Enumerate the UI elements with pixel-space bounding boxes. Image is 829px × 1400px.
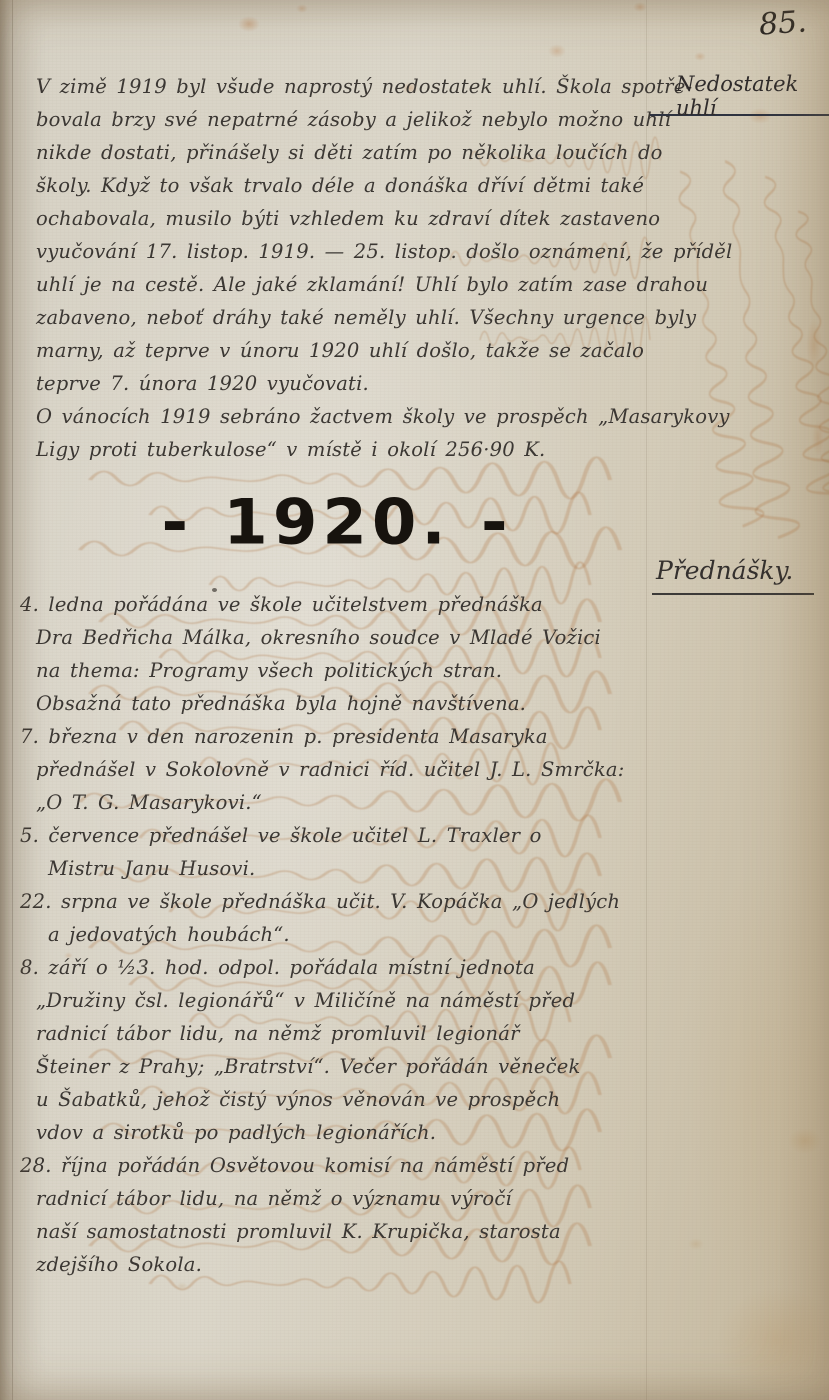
text-line: „O T. G. Masarykovi.“ — [36, 786, 658, 819]
text-line: O vánocích 1919 sebráno žactvem školy ve… — [36, 400, 658, 433]
text-line: uhlí je na cestě. Ale jaké zklamání! Uhl… — [36, 268, 658, 301]
text-line: 22. srpna ve škole přednáška učit. V. Ko… — [20, 885, 658, 918]
text-line: marny, až teprve v únoru 1920 uhlí došlo… — [36, 334, 658, 367]
text-line: přednášel v Sokolovně v radnici říd. uči… — [36, 753, 658, 786]
text-line: školy. Když to však trvalo déle a donášk… — [36, 169, 658, 202]
stain — [296, 4, 308, 13]
text-line: nikde dostati, přinášely si děti zatím p… — [36, 136, 658, 169]
stain — [548, 44, 566, 58]
text-line: vdov a sirotků po padlých legionářích. — [36, 1116, 658, 1149]
main-text-column: V zimě 1919 byl všude naprostý nedostate… — [36, 70, 658, 1281]
text-line: bovala brzy své nepatrné zásoby a jeliko… — [36, 103, 658, 136]
stain — [718, 1288, 829, 1392]
stain — [633, 2, 647, 12]
text-line: Mistru Janu Husovi. — [48, 852, 658, 885]
ink-dot — [212, 588, 217, 592]
text-line: 28. října pořádán Osvětovou komisí na ná… — [20, 1149, 658, 1182]
text-line: radnicí tábor lidu, na němž o významu vý… — [36, 1182, 658, 1215]
text-line: zabaveno, neboť dráhy také neměly uhlí. … — [36, 301, 658, 334]
stain — [688, 1238, 704, 1250]
text-line: a jedovatých houbách“. — [48, 918, 658, 951]
stain — [690, 880, 829, 1300]
text-line: vyučování 17. listop. 1919. — 25. listop… — [36, 235, 658, 268]
manuscript-page: { "document": { "page_number": "85.", "y… — [0, 0, 829, 1400]
text-line: Obsažná tato přednáška byla hojně navští… — [36, 687, 658, 720]
fold-line-left — [12, 0, 13, 1400]
stain — [238, 16, 260, 32]
stain — [788, 1128, 822, 1154]
text-line: u Šabatků, jehož čistý výnos věnován ve … — [36, 1083, 658, 1116]
stain — [806, 318, 822, 372]
text-line: na thema: Programy všech politických str… — [36, 654, 658, 687]
text-line: ochabovala, musilo býti vzhledem ku zdra… — [36, 202, 658, 235]
text-line: 4. ledna pořádána ve škole učitelstvem p… — [20, 588, 658, 621]
text-line: zdejšího Sokola. — [36, 1248, 658, 1281]
text-line: 7. března v den narozenin p. presidenta … — [20, 720, 658, 753]
stain — [694, 52, 706, 61]
text-line: V zimě 1919 byl všude naprostý nedostate… — [36, 70, 658, 103]
margin-note-coal-shortage: Nedostatek uhlí — [650, 72, 829, 116]
stain — [812, 420, 824, 456]
text-line: „Družiny čsl. legionářů“ v Miličíně na n… — [36, 984, 658, 1017]
text-line: radnicí tábor lidu, na němž promluvil le… — [36, 1017, 658, 1050]
stain — [176, 1282, 188, 1291]
text-line: 5. července přednášel ve škole učitel L.… — [20, 819, 658, 852]
text-line: Šteiner z Prahy; „Bratrství“. Večer pořá… — [36, 1050, 658, 1083]
margin-note-lectures: Přednášky. — [652, 556, 814, 595]
text-line: Dra Bedřicha Málka, okresního soudce v M… — [36, 621, 658, 654]
text-line: Ligy proti tuberkulose“ v místě i okolí … — [36, 433, 658, 466]
text-line: 8. září o ½3. hod. odpol. pořádala místn… — [20, 951, 658, 984]
year-heading: - 1920. - — [36, 481, 638, 564]
page-number: 85. — [758, 4, 808, 42]
text-line: teprve 7. února 1920 vyučovati. — [36, 367, 658, 400]
text-line: naší samostatnosti promluvil K. Krupička… — [36, 1215, 658, 1248]
